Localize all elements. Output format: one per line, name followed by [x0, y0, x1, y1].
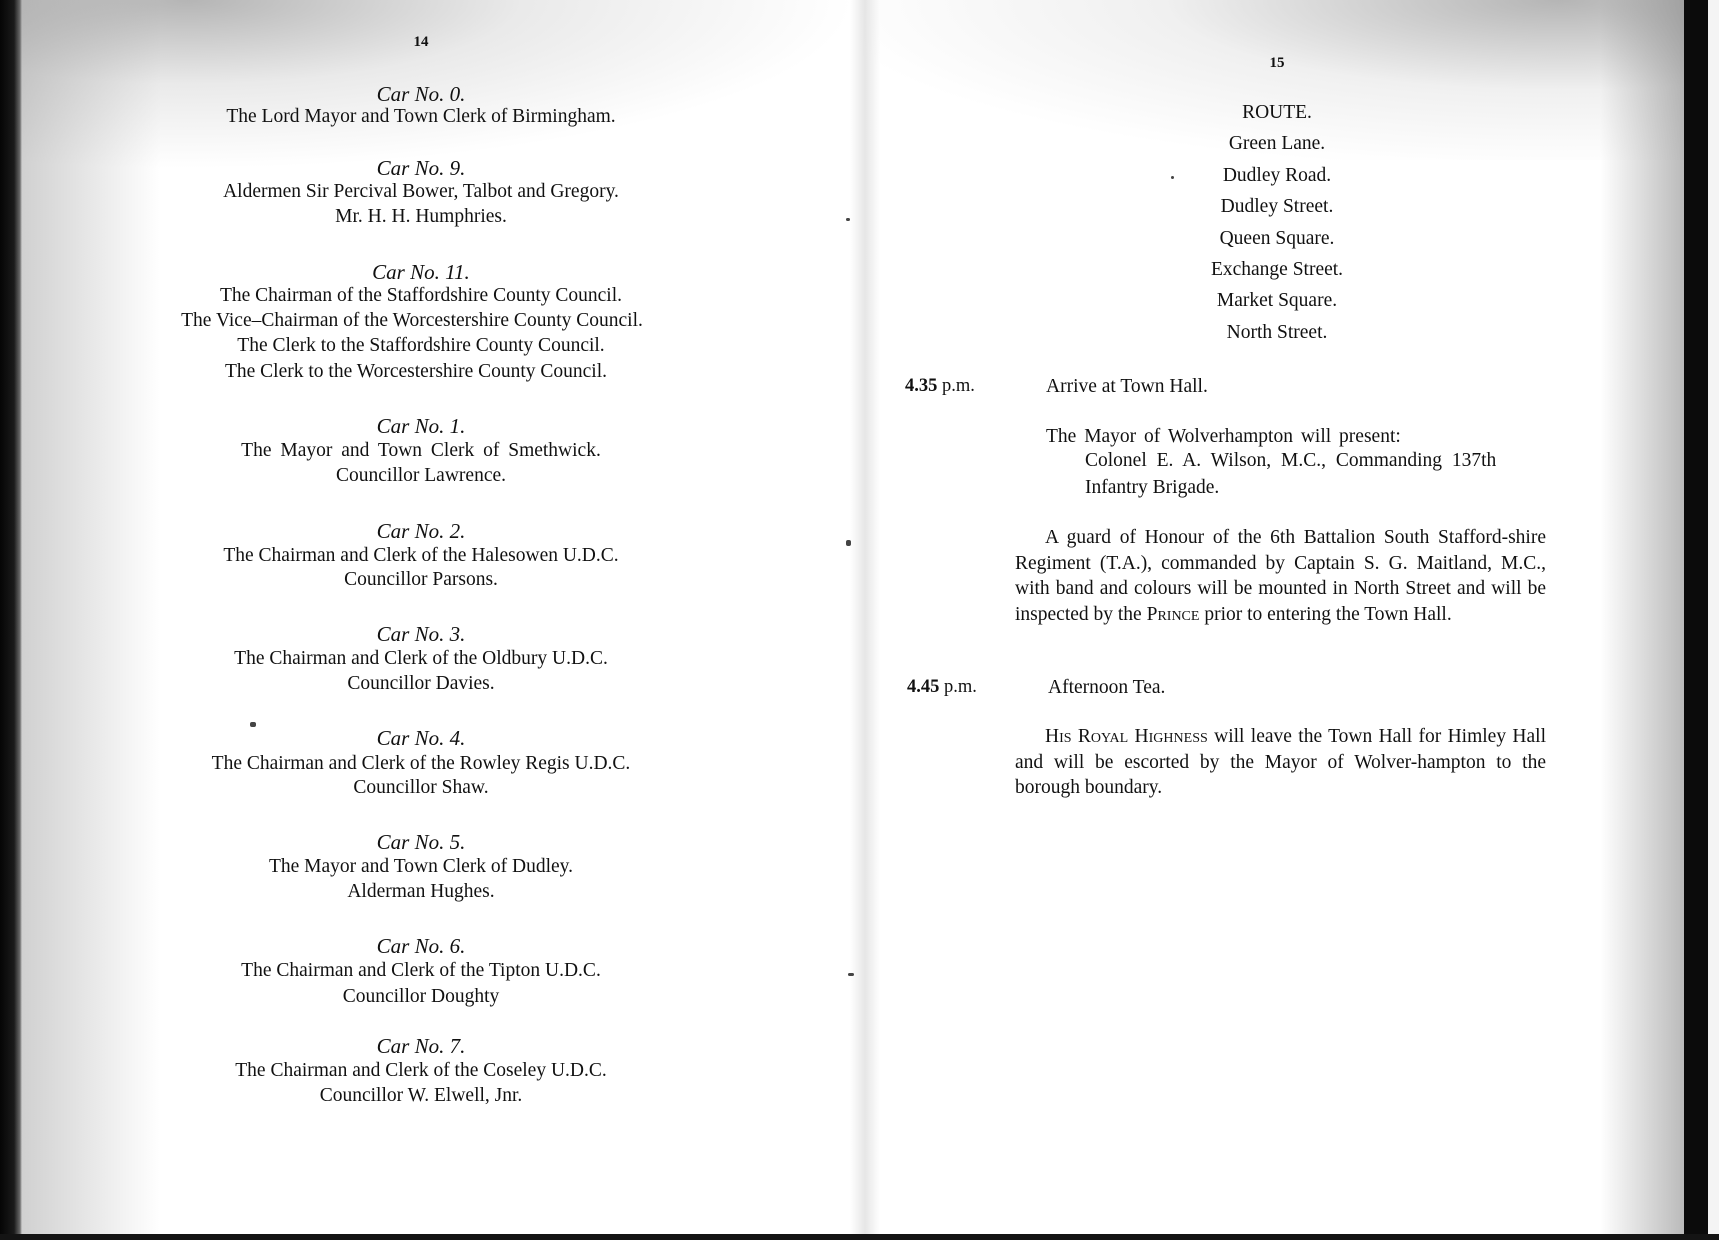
page-number: 15: [1270, 55, 1285, 72]
car-occupant: Councillor Lawrence.: [336, 465, 506, 487]
time-label: 4.45 p.m.: [907, 677, 977, 698]
route-stop: Green Lane.: [1229, 133, 1325, 155]
car-occupant: The Chairman and Clerk of the Coseley U.…: [235, 1060, 607, 1082]
car-occupant: The Chairman and Clerk of the Oldbury U.…: [234, 648, 608, 670]
presentation-line: Colonel E. A. Wilson, M.C., Commanding 1…: [1085, 450, 1496, 472]
car-occupant: Councillor Shaw.: [353, 777, 488, 799]
page-number: 14: [414, 34, 429, 51]
royal-highness-smallcaps: His Royal Highness: [1045, 726, 1208, 747]
route-stop: Dudley Road.: [1223, 165, 1331, 187]
car-title: Car No. 5.: [377, 830, 466, 855]
car-occupant: The Chairman of the Staffordshire County…: [220, 285, 622, 307]
car-occupant: The Vice–Chairman of the Worcestershire …: [181, 310, 643, 332]
left-page: 14 Car No. 0. The Lord Mayor and Town Cl…: [0, 0, 860, 1240]
prince-smallcaps: Prince: [1147, 604, 1200, 625]
route-stop: Queen Square.: [1220, 228, 1335, 250]
car-title: Car No. 11.: [372, 260, 470, 285]
guard-text-end: prior to entering the Town Hall.: [1204, 604, 1451, 625]
time-suffix: p.m.: [944, 677, 977, 697]
car-occupant: Councillor W. Elwell, Jnr.: [320, 1085, 523, 1107]
car-title: Car No. 2.: [377, 519, 466, 544]
time-value: 4.45: [907, 677, 939, 697]
route-heading: ROUTE.: [1242, 102, 1312, 124]
car-title: Car No. 0.: [377, 82, 466, 107]
car-title: Car No. 6.: [377, 934, 466, 959]
presentation-intro: The Mayor of Wolverhampton will present:: [1046, 426, 1401, 448]
guard-of-honour-paragraph: A guard of Honour of the 6th Battalion S…: [1015, 525, 1546, 627]
car-title: Car No. 9.: [377, 156, 466, 181]
car-occupant: The Chairman and Clerk of the Rowley Reg…: [212, 753, 631, 775]
car-occupant: The Lord Mayor and Town Clerk of Birming…: [226, 106, 615, 128]
event-text: Arrive at Town Hall.: [1046, 376, 1208, 398]
car-occupant: The Clerk to the Staffordshire County Co…: [237, 335, 604, 357]
route-stop: Exchange Street.: [1211, 259, 1343, 281]
car-occupant: The Chairman and Clerk of the Halesowen …: [223, 545, 618, 567]
time-label: 4.35 p.m.: [905, 376, 975, 397]
time-suffix: p.m.: [942, 376, 975, 396]
route-stop: North Street.: [1227, 322, 1328, 344]
right-page: 15 ROUTE. Green Lane. Dudley Road. Dudle…: [860, 0, 1684, 1240]
car-title: Car No. 1.: [377, 414, 466, 439]
car-title: Car No. 7.: [377, 1034, 466, 1059]
car-occupant: Aldermen Sir Percival Bower, Talbot and …: [223, 181, 619, 203]
car-title: Car No. 4.: [377, 726, 466, 751]
car-occupant: The Mayor and Town Clerk of Dudley.: [269, 856, 573, 878]
scan-right-border: [1684, 0, 1708, 1240]
car-title: Car No. 3.: [377, 622, 466, 647]
car-occupant: Councillor Parsons.: [344, 569, 498, 591]
car-occupant: Councillor Davies.: [347, 673, 494, 695]
car-occupant: Councillor Doughty: [343, 986, 500, 1008]
presentation-line: Infantry Brigade.: [1085, 477, 1219, 499]
car-occupant: The Clerk to the Worcestershire County C…: [225, 361, 607, 383]
time-value: 4.35: [905, 376, 937, 396]
scan-right-margin: [1708, 0, 1719, 1240]
car-occupant: The Mayor and Town Clerk of Smethwick.: [241, 440, 601, 462]
route-stop: Market Square.: [1217, 290, 1337, 312]
route-stop: Dudley Street.: [1221, 196, 1334, 218]
car-occupant: The Chairman and Clerk of the Tipton U.D…: [241, 960, 601, 982]
car-occupant: Mr. H. H. Humphries.: [335, 206, 507, 228]
car-occupant: Alderman Hughes.: [347, 881, 494, 903]
departure-paragraph: His Royal Highness will leave the Town H…: [1015, 724, 1546, 801]
event-text: Afternoon Tea.: [1048, 677, 1165, 699]
